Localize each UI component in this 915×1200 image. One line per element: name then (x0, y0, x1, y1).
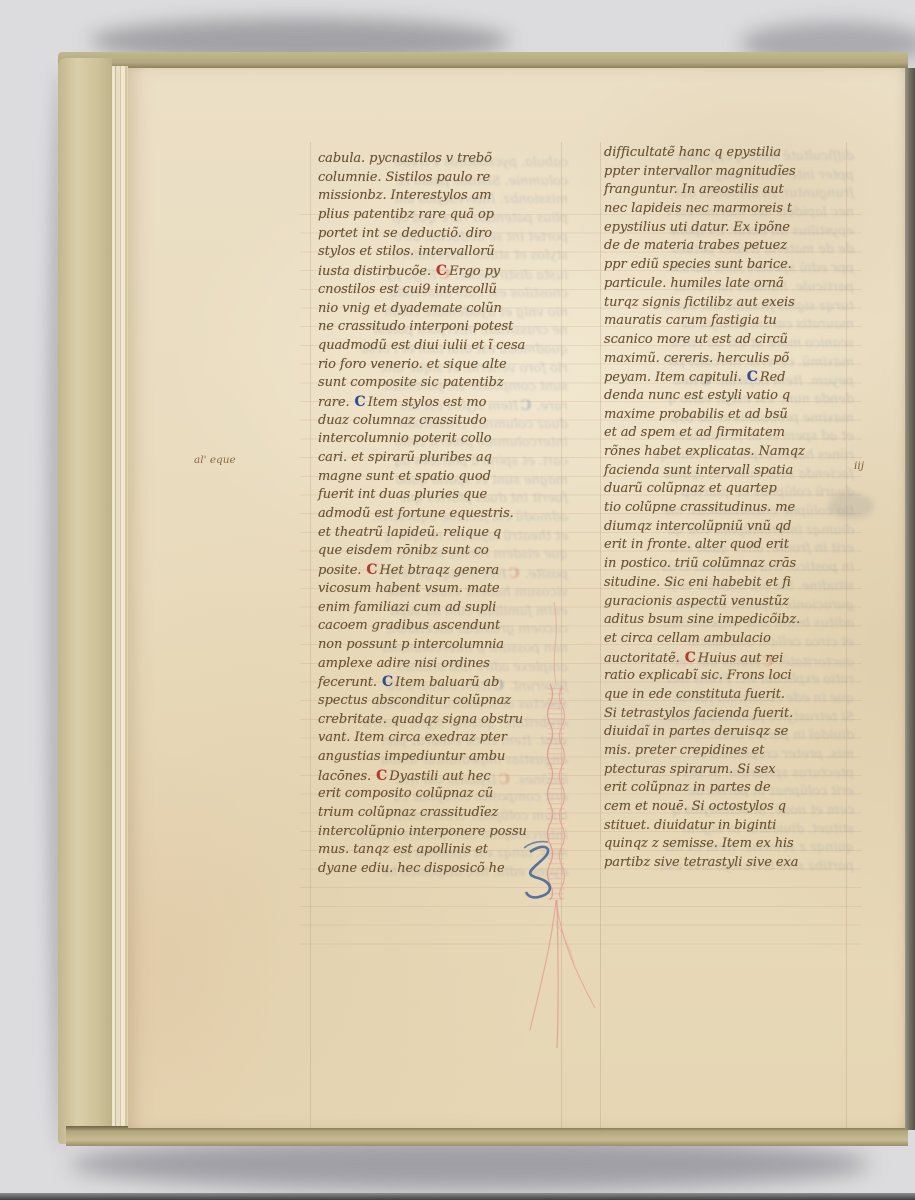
text-line: franguntur. In areostilis aut (604, 181, 860, 200)
blue-pen-tail (526, 847, 550, 898)
text-line: nio vnig et dyademate colũn (318, 300, 574, 319)
text-line: fuerit int duas pluries que (318, 486, 574, 505)
marginal-note-right: iij (854, 460, 864, 472)
red-paragraph-mark: C (435, 263, 449, 279)
book-bottom-edge (66, 1126, 908, 1146)
text-line: aditus bsum sine impedicõibz. (604, 611, 860, 630)
text-line: difficultatẽ hanc q epystilia (604, 144, 860, 163)
text-line: mauratis carum fastigia tu (604, 312, 860, 331)
text-line: magne sunt et spatio quod (318, 468, 574, 487)
text-line: stituet. diuidatur in biginti (604, 817, 860, 836)
text-line: tio colũpne crassitudinus. me (604, 499, 860, 518)
text-line: in postico. triũ colũmnaz crās (604, 555, 860, 574)
text-line: quadmodũ est diui iulii et ĩ cesa (318, 337, 574, 356)
text-line: guracionis aspectũ venustũz (604, 593, 860, 612)
text-line: erit colũpnaz in partes de (604, 779, 860, 798)
text-line: denda nunc est estyli vatio q (604, 387, 860, 406)
blue-paragraph-mark: C (746, 369, 760, 385)
red-paragraph-mark: C (375, 768, 389, 784)
text-line: sunt composite sic patentibz (318, 374, 574, 393)
text-line: particule. humiles late ornã (604, 275, 860, 294)
text-line: intercolumnio poterit collo (318, 430, 574, 449)
text-column-right: difficultatẽ hanc q epystiliappter inter… (604, 144, 860, 873)
book-cover-edge-left (58, 58, 112, 1144)
text-line: Si tetrastylos facienda fuerit. (604, 705, 860, 724)
blue-paragraph-mark: C (354, 394, 368, 410)
text-line: scanico more ut est ad circũ (604, 331, 860, 350)
text-line: cnostilos est cui9 intercollũ (318, 281, 574, 300)
text-line: de de materia trabes petuez (604, 237, 860, 256)
text-line: cari. et spirarũ pluribes aq (318, 449, 574, 468)
marginal-note-left: al' eque (194, 454, 236, 466)
text-line: et circa cellam ambulacio (604, 630, 860, 649)
red-pen-flourish (500, 600, 620, 1060)
text-line: stylos et stilos. intervallorũ (318, 243, 574, 262)
text-line: maxime probabilis et ad bsũ (604, 406, 860, 425)
text-line: rare. CItem stylos est mo (318, 393, 574, 412)
red-paragraph-mark: C (365, 562, 379, 578)
text-line: diumqz intercolũpniũ vnũ qd (604, 518, 860, 537)
text-line: nec lapideis nec marmoreis t (604, 200, 860, 219)
page-stack-edges (112, 66, 128, 1138)
text-line: facienda sunt intervall spatia (604, 462, 860, 481)
text-line: portet int se deductiõ. diro (318, 225, 574, 244)
text-line: turqz signis fictilibz aut exeis (604, 294, 860, 313)
text-line: epystilius uti datur. Ex ipõne (604, 219, 860, 238)
text-line: duaz columnaz crassitudo (318, 412, 574, 431)
text-line: situdine. Sic eni habebit et fi (604, 574, 860, 593)
text-line: admodũ est fortune equestris. (318, 505, 574, 524)
text-line: columnie. Sistilos paulo re (318, 169, 574, 188)
parchment-page: cabula. pycnastilos v trebõcolumnie. Sis… (128, 68, 905, 1128)
manuscript-photo: { "scene": { "description": "Photograph … (0, 0, 915, 1200)
offset-ink-smudge (828, 493, 874, 519)
text-line: ne crassitudo interponi potest (318, 318, 574, 337)
text-line: maximũ. cereris. herculis põ (604, 350, 860, 369)
blue-paragraph-mark: C (381, 674, 395, 690)
text-line: ppter intervallor magnitudĩes (604, 163, 860, 182)
text-line: quinqz z semisse. Item ex his (604, 835, 860, 854)
text-line: et theatrũ lapideũ. relique q (318, 524, 574, 543)
text-line: mis. preter crepidines et (604, 742, 860, 761)
text-line: et ad spem et ad firmitatem (604, 424, 860, 443)
text-line: ppr ediũ species sunt barice. (604, 256, 860, 275)
photo-bottom-edge (0, 1193, 915, 1200)
text-line: plius patentibz rare quã op (318, 206, 574, 225)
text-line: cem et nouē. Si octostylos q (604, 798, 860, 817)
text-line: que eisdem rōnibz sunt co (318, 542, 574, 561)
vertical-ruling-line (310, 142, 311, 1130)
text-line: rõnes habet explicatas. Namqz (604, 443, 860, 462)
book-right-edge (905, 68, 915, 1130)
text-line: partibz sive tetrastyli sive exa (604, 854, 860, 873)
text-line: ptecturas spirarum. Si sex (604, 761, 860, 780)
text-line: vicosum habent vsum. mate (318, 580, 574, 599)
text-line: ratio explicabĩ sic. Frons loci (604, 667, 860, 686)
text-line: auctoritatẽ. CHuius aut rei (604, 649, 860, 668)
red-paragraph-mark: C (684, 650, 698, 666)
text-line: duarũ colũpnaz et quartep (604, 480, 860, 499)
text-line: iusta distirbucõe. CErgo py (318, 262, 574, 281)
text-line: diuidaĩ in partes deruisqz se (604, 723, 860, 742)
text-line: peyam. Item capituli. CRed (604, 368, 860, 387)
text-line: rio foro venerio. et sique alte (318, 356, 574, 375)
text-line: cabula. pycnastilos v trebõ (318, 150, 574, 169)
text-line: missionbz. Interestylos am (318, 187, 574, 206)
text-line: que in ede constituta fuerit. (604, 686, 860, 705)
text-line: erit in fronte. alter quod erit (604, 536, 860, 555)
text-line: posite. CHet btraqz genera (318, 561, 574, 580)
